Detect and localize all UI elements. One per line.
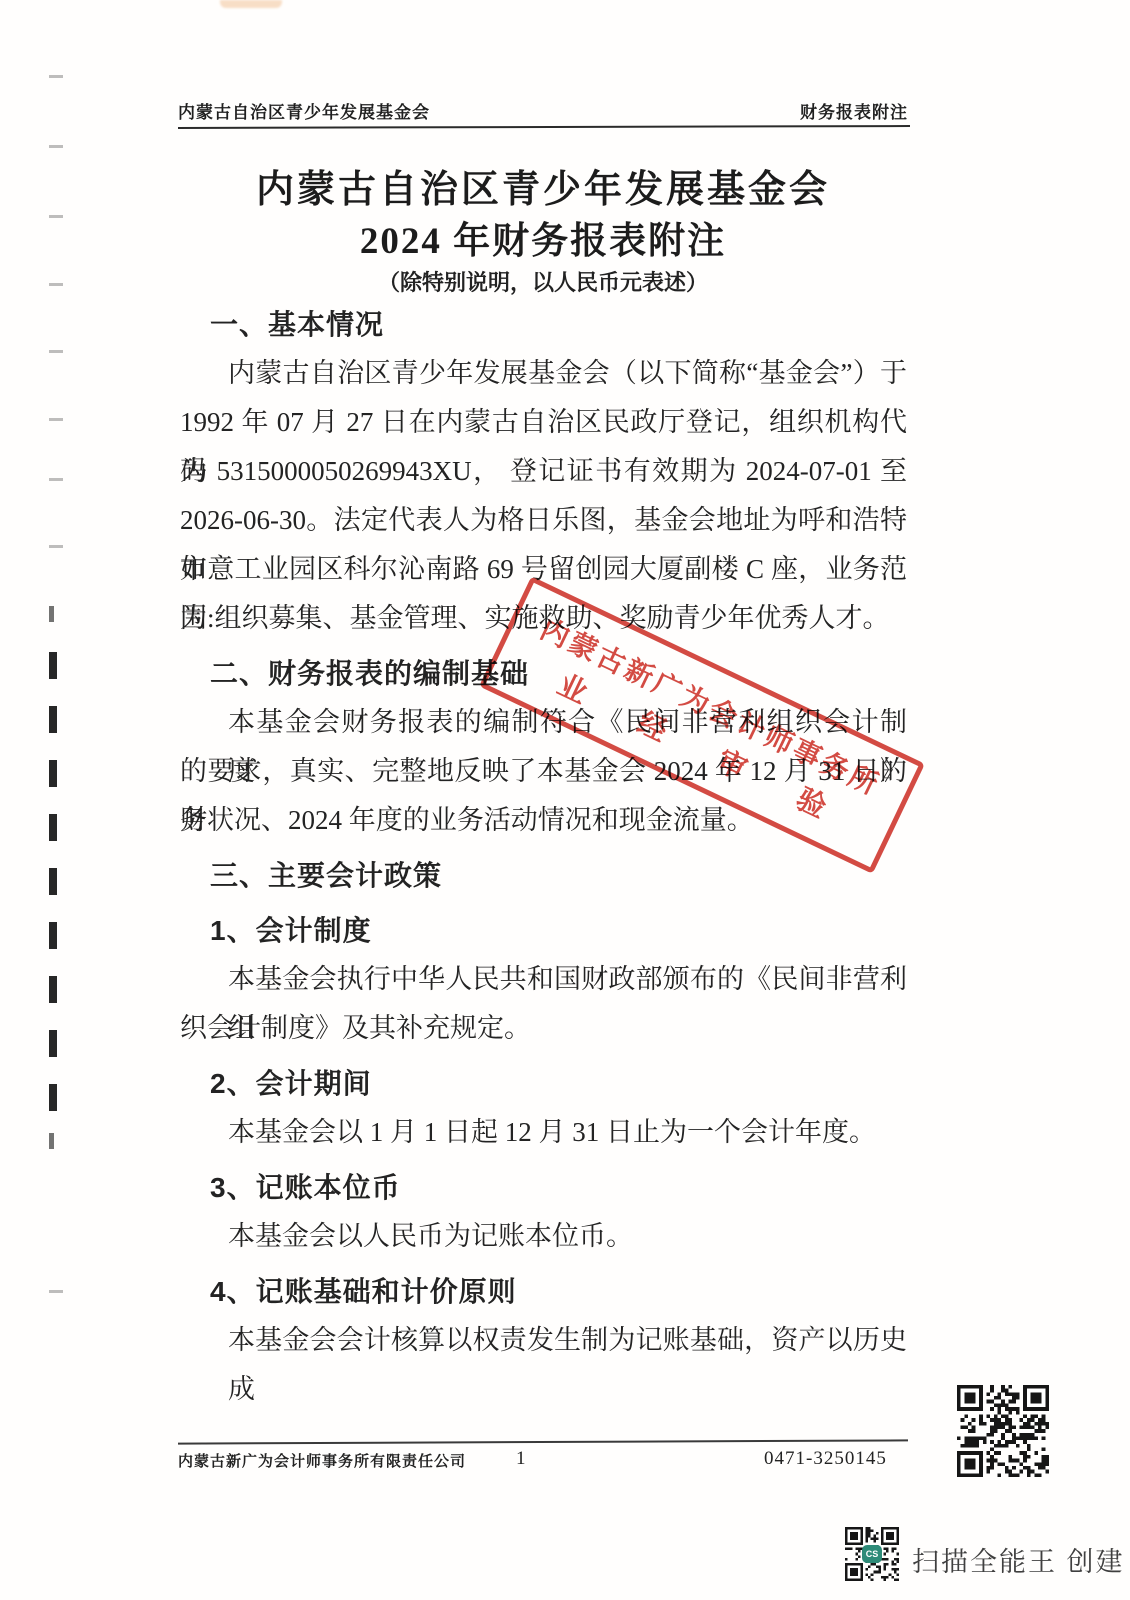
header-rule [178, 125, 910, 129]
body-line: 本基金会会计核算以权责发生制为记账基础，资产以历史成 [180, 1316, 907, 1365]
binding-mark [49, 652, 57, 679]
binding-mark [49, 760, 57, 787]
document-title-line1: 内蒙古自治区青少年发展基金会 [180, 158, 906, 213]
header-document-type: 财务报表附注 [800, 98, 908, 123]
footer-page-number: 1 [516, 1448, 526, 1470]
binding-mark [49, 976, 57, 1003]
document-subtitle: （除特别说明，以人民币元表述） [180, 266, 906, 297]
footer-phone-number: 0471-3250145 [764, 1448, 887, 1470]
watermark-text: 扫描全能王 创建 [912, 1540, 1125, 1579]
section-heading: 3、记账本位币 [180, 1163, 907, 1212]
binding-mark [49, 545, 63, 548]
document-title-line2: 2024 年财务报表附注 [180, 210, 906, 264]
footer-rule [178, 1439, 908, 1444]
binding-mark [49, 478, 63, 481]
body-line: 内蒙古自治区青少年发展基金会（以下简称“基金会”）于 [180, 349, 907, 398]
body-line: 为 5315000050269943XU， 登记证书有效期为 2024-07-0… [180, 447, 907, 496]
section-heading: 2、会计期间 [180, 1059, 907, 1108]
binding-mark [49, 418, 63, 421]
binding-mark [49, 1084, 57, 1111]
binding-mark [49, 215, 63, 218]
body-line: 1992 年 07 月 27 日在内蒙古自治区民政厅登记，组织机构代码 [180, 398, 907, 447]
binding-mark [49, 1030, 57, 1057]
binding-mark [49, 706, 57, 733]
camscanner-logo-badge: CS [862, 1545, 882, 1563]
scan-smudge-artifact [220, 0, 282, 8]
section-heading: 一、基本情况 [180, 300, 907, 349]
section-heading: 1、会计制度 [180, 906, 907, 955]
body-line: 本基金会以人民币为记账本位币。 [180, 1212, 907, 1261]
body-line: 本基金会执行中华人民共和国财政部颁布的《民间非营利组 [180, 955, 907, 1004]
binding-mark [49, 606, 54, 622]
binding-mark [49, 1290, 63, 1293]
footer-company-name: 内蒙古新广为会计师事务所有限责任公司 [178, 1450, 466, 1471]
body-line: 本基金会以 1 月 1 日起 12 月 31 日止为一个会计年度。 [180, 1108, 907, 1157]
binding-mark [49, 350, 63, 353]
scanned-document-page: 内蒙古自治区青少年发展基金会 财务报表附注 内蒙古自治区青少年发展基金会 202… [0, 0, 1130, 1600]
header-organization-title: 内蒙古自治区青少年发展基金会 [178, 98, 430, 123]
binding-mark [49, 75, 63, 78]
binding-mark [49, 922, 57, 949]
body-line: 织会计制度》及其补充规定。 [180, 1004, 907, 1053]
section-heading: 4、记账基础和计价原则 [180, 1267, 907, 1316]
binding-mark [49, 814, 57, 841]
qr-code-icon [957, 1385, 1049, 1477]
binding-mark [49, 868, 57, 895]
binding-mark [49, 1133, 54, 1149]
binding-mark [49, 145, 63, 148]
body-line: 2026-06-30。法定代表人为格日乐图，基金会地址为呼和浩特市 [180, 496, 907, 545]
section-heading: 三、主要会计政策 [180, 851, 907, 900]
binding-mark [49, 283, 63, 286]
